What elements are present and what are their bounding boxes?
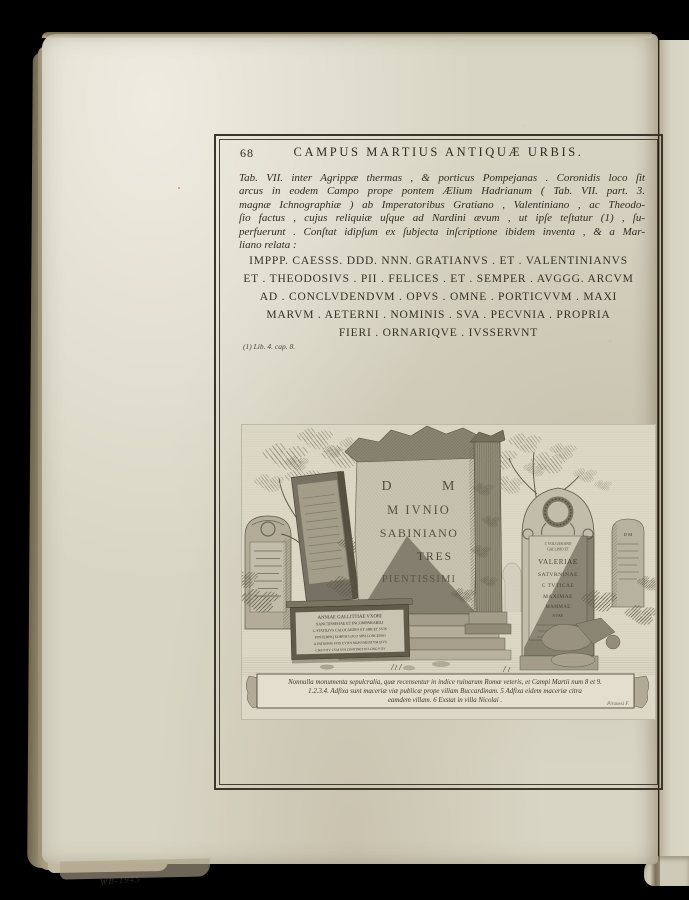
page-title: CAMPUS MARTIUS ANTIQUÆ URBIS. xyxy=(216,145,661,160)
footnote: (1) Lib. 4. cap. 8. xyxy=(243,342,295,351)
inscription-line: PIENTISSIMI xyxy=(382,574,456,585)
caption-line: 1.2.3.4. Adfixa sunt maceriæ viæ publicæ… xyxy=(308,688,582,695)
paragraph-line: ſio factus , cujus reliquiæ uſque ad Nar… xyxy=(239,212,645,225)
latin-inscription-block: IMPPP. CAESSS. DDD. NNN. GRATIANVS . ET … xyxy=(216,252,661,342)
inscription-line: AD . CONCLVDENDVM . OPVS . OMNE . PORTIC… xyxy=(216,288,661,306)
inscription-line: M IVNIO xyxy=(387,503,451,517)
paragraph-line: liano relata : xyxy=(239,239,645,252)
inscription-line: MARVM . AETERNI . NOMINIS . SVA . PECVNI… xyxy=(216,306,661,324)
inscription-line: IMPPP. CAESSS. DDD. NNN. GRATIANVS . ET … xyxy=(216,252,661,270)
caption-cartouche: Nonnulla monumenta sepulcralia, quæ rece… xyxy=(246,674,649,708)
book-page: 68 CAMPUS MARTIUS ANTIQUÆ URBIS. Tab. VI… xyxy=(42,34,658,864)
artist-signature: Piranesi F. xyxy=(606,702,629,707)
page-top-edge xyxy=(42,32,652,38)
photo-background: 68 CAMPUS MARTIUS ANTIQUÆ URBIS. Tab. VI… xyxy=(0,0,689,900)
piranesi-etching: D M M IVNIO SABINIANO TRES PIENTISSIMI xyxy=(241,424,656,720)
inscription-line: D M xyxy=(624,532,633,537)
paragraph-line: Tab. VII. inter Agrippæ thermas , & port… xyxy=(239,172,645,185)
facing-page-sliver xyxy=(659,40,689,886)
under-page-corner-2 xyxy=(60,858,210,879)
paragraph-line: perfuerunt . Conſtat idipſum ex ſubjecta… xyxy=(239,226,645,239)
inscription-line: TRES xyxy=(417,551,453,563)
inscription-line: FIERI . ORNARIQVE . IVSSERVNT xyxy=(216,324,661,342)
anniae-slab: ANNIAE GALLITTIAE VXORI SANCTISSIMAE ET … xyxy=(286,598,414,663)
paragraph-line: magnæ Ichnographiæ ) ab Imperatoribus Gr… xyxy=(239,199,645,212)
far-right-stele: D M xyxy=(612,519,644,607)
inscription-line: SABINIANO xyxy=(380,526,459,540)
inscription-line: GALLISIO ET xyxy=(547,548,570,552)
caption-line: Nonnulla monumenta sepulcralia, quæ rece… xyxy=(287,679,602,686)
caption-line: eamdem villam. 6 Exstat in villa Nicolai… xyxy=(388,697,503,704)
paragraph-line: arcus in eodem Campo prope pontem Ælium … xyxy=(239,185,645,198)
inscription-line: ET . THEODOSIVS . PII . FELICES . ET . S… xyxy=(216,270,661,288)
body-paragraph: Tab. VII. inter Agrippæ thermas , & port… xyxy=(239,172,645,252)
inscription-line: D M xyxy=(382,479,457,494)
page-border-frame: 68 CAMPUS MARTIUS ANTIQUÆ URBIS. Tab. VI… xyxy=(214,134,663,790)
inscription-line: C VOLGASIANO xyxy=(545,542,572,546)
